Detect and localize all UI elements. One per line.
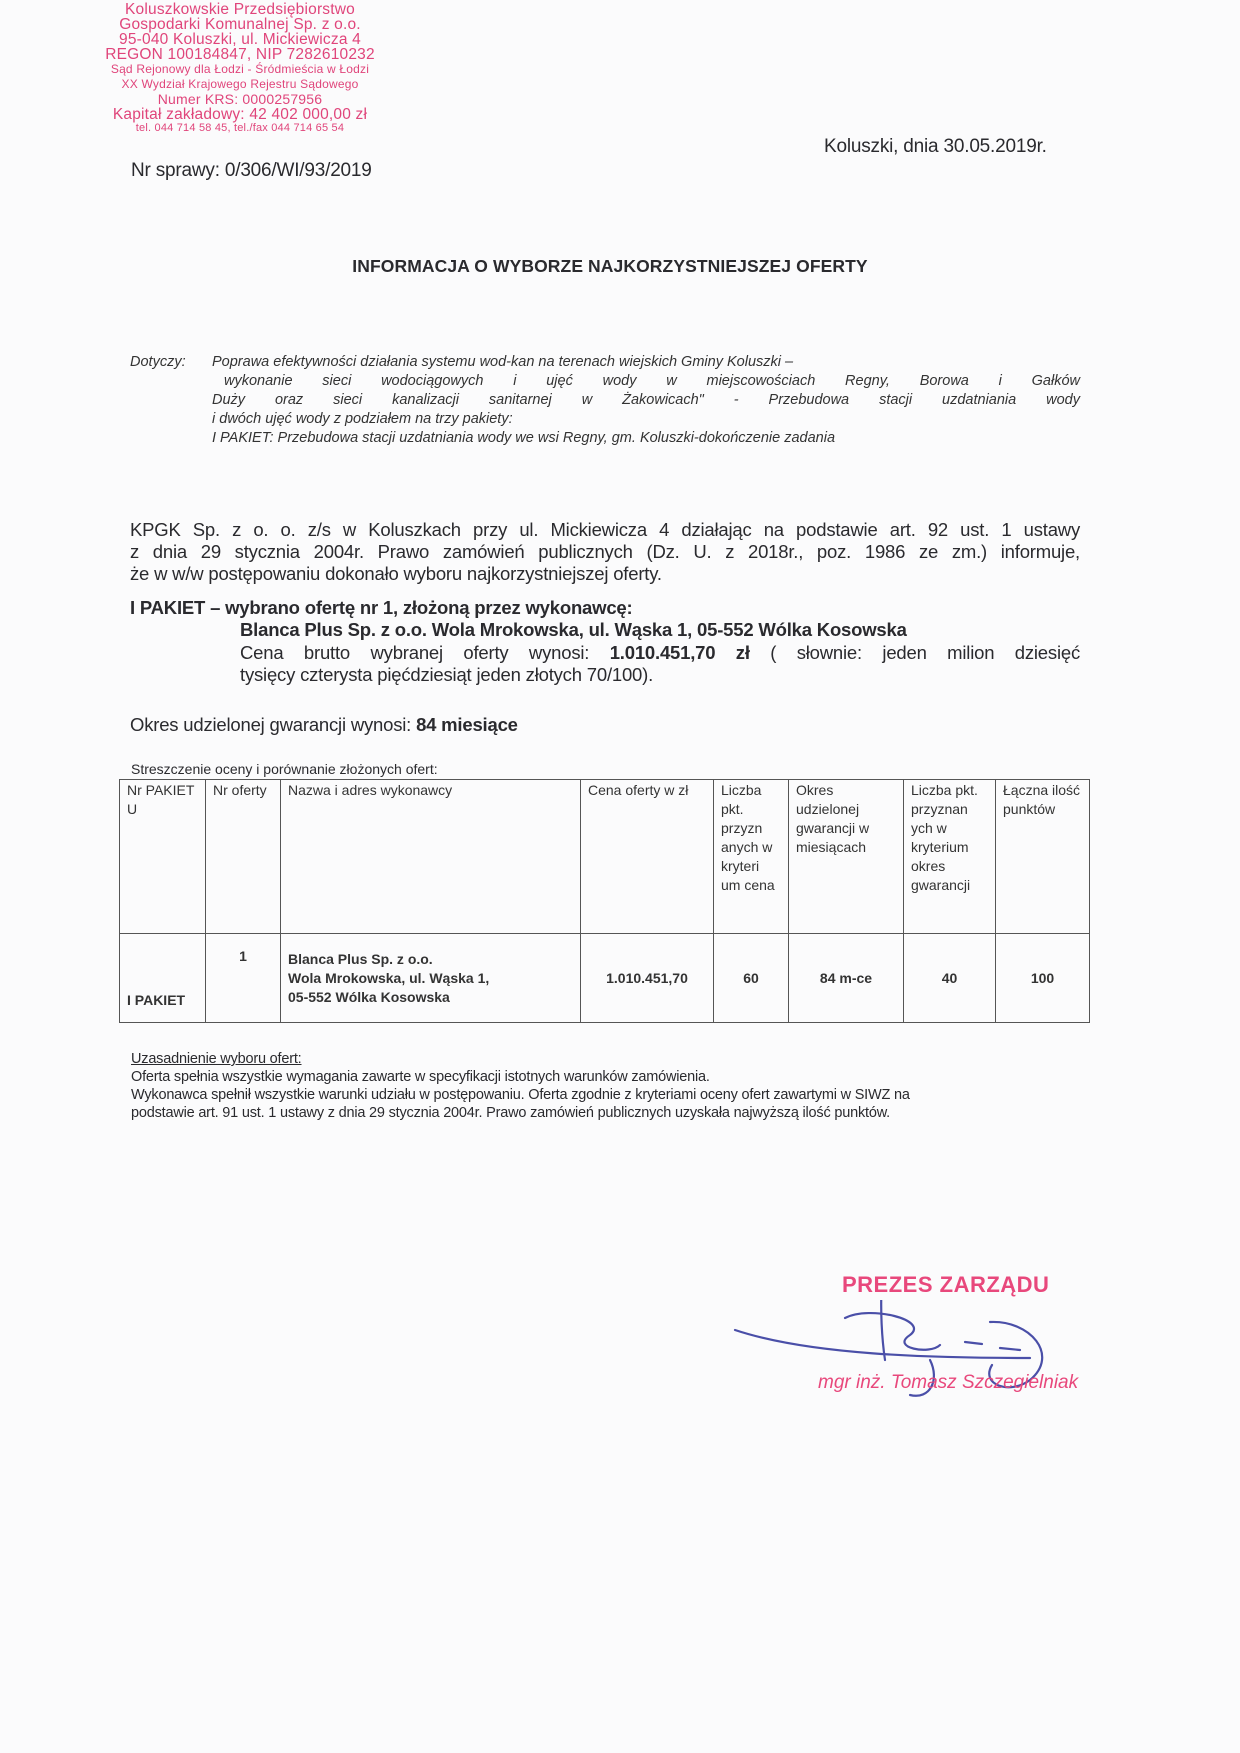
header-price-points: Liczba pkt. przyzn anych w kryteri um ce… <box>714 780 789 934</box>
warranty-statement: Okres udzielonej gwarancji wynosi: 84 mi… <box>130 714 518 736</box>
letterhead-line: Koluszkowskie Przedsiębiorstwo <box>62 2 418 17</box>
table-header-row: Nr PAKIET U Nr oferty Nazwa i adres wyko… <box>120 780 1090 934</box>
justification-heading: Uzasadnienie wyboru ofert: <box>131 1050 1081 1068</box>
cell-warranty-points: 40 <box>904 934 996 1023</box>
concerns-line: I PAKIET: Przebudowa stacji uzdatniania … <box>212 429 1080 448</box>
warranty-value: 84 miesiące <box>416 714 518 735</box>
cell-warranty: 84 m-ce <box>789 934 904 1023</box>
cell-contractor: Blanca Plus Sp. z o.o. Wola Mrokowska, u… <box>281 934 581 1023</box>
letterhead-line: Sąd Rejonowy dla Łodzi - Śródmieścia w Ł… <box>62 62 418 77</box>
letterhead-line: REGON 100184847, NIP 7282610232 <box>62 47 418 62</box>
concerns-line: i dwóch ujęć wody z podziałem na trzy pa… <box>212 410 1080 429</box>
cell-price: 1.010.451,70 <box>581 934 714 1023</box>
intro-line: z dnia 29 stycznia 2004r. Prawo zamówień… <box>130 541 1080 563</box>
cell-price-points: 60 <box>714 934 789 1023</box>
company-letterhead-stamp: Koluszkowskie Przedsiębiorstwo Gospodark… <box>62 2 418 135</box>
contractor-line: 05-552 Wólka Kosowska <box>288 988 573 1007</box>
contractor-line: Blanca Plus Sp. z o.o. <box>288 950 573 969</box>
concerns-line: Duży oraz sieci kanalizacji sanitarnej w… <box>212 391 1080 410</box>
case-number: Nr sprawy: 0/306/WI/93/2019 <box>131 160 372 182</box>
award-heading: I PAKIET – wybrano ofertę nr 1, złożoną … <box>130 597 632 619</box>
justification-line: Wykonawca spełnił wszystkie warunki udzi… <box>131 1086 1081 1104</box>
letterhead-line: tel. 044 714 58 45, tel./fax 044 714 65 … <box>62 122 418 135</box>
justification-line: podstawie art. 91 ust. 1 ustawy z dnia 2… <box>131 1104 1081 1122</box>
header-warranty-points: Liczba pkt. przyznan ych w kryterium okr… <box>904 780 996 934</box>
signatory-name: mgr inż. Tomasz Szczegielniak <box>818 1372 1078 1394</box>
offers-comparison-table: Nr PAKIET U Nr oferty Nazwa i adres wyko… <box>119 779 1090 1023</box>
header-warranty: Okres udzielonej gwarancji w miesiącach <box>789 780 904 934</box>
table-row: I PAKIET 1 Blanca Plus Sp. z o.o. Wola M… <box>120 934 1090 1023</box>
signature-stamp-title: PREZES ZARZĄDU <box>842 1272 1049 1298</box>
header-package: Nr PAKIET U <box>120 780 206 934</box>
header-offer-no: Nr oferty <box>206 780 281 934</box>
justification-line: Oferta spełnia wszystkie wymagania zawar… <box>131 1068 1081 1086</box>
place-and-date: Koluszki, dnia 30.05.2019r. <box>824 136 1047 158</box>
letterhead-line: Numer KRS: 0000257956 <box>62 92 418 107</box>
header-total-points: Łączna ilość punktów <box>996 780 1090 934</box>
justification-section: Uzasadnienie wyboru ofert: Oferta spełni… <box>131 1050 1081 1122</box>
price-words: ( słownie: jeden milion dziesięć <box>770 642 1080 663</box>
letterhead-line: Gospodarki Komunalnej Sp. z o.o. <box>62 17 418 32</box>
concerns-label: Dotyczy: <box>130 353 186 372</box>
intro-line: KPGK Sp. z o. o. z/s w Koluszkach przy u… <box>130 519 1080 541</box>
cell-package: I PAKIET <box>120 934 206 1023</box>
header-price: Cena oferty w zł <box>581 780 714 934</box>
letterhead-line: Kapitał zakładowy: 42 402 000,00 zł <box>62 107 418 122</box>
cell-total-points: 100 <box>996 934 1090 1023</box>
letterhead-line: XX Wydział Krajowego Rejestru Sądowego <box>62 77 418 92</box>
warranty-prefix: Okres udzielonej gwarancji wynosi: <box>130 714 411 735</box>
price-prefix: Cena brutto wybranej oferty wynosi: <box>240 642 589 663</box>
header-contractor: Nazwa i adres wykonawcy <box>281 780 581 934</box>
letterhead-line: 95-040 Koluszki, ul. Mickiewicza 4 <box>62 32 418 47</box>
intro-line: że w w/w postępowaniu dokonało wyboru na… <box>130 563 1080 585</box>
concerns-section: Dotyczy: Poprawa efektywności działania … <box>130 353 1080 448</box>
table-caption: Streszczenie oceny i porównanie złożonyc… <box>131 761 438 777</box>
price-words-cont: tysięcy czterysta pięćdziesiąt jeden zło… <box>240 664 1080 686</box>
price-value: 1.010.451,70 zł <box>610 642 750 663</box>
document-title: INFORMACJA O WYBORZE NAJKORZYSTNIEJSZEJ … <box>0 256 1220 277</box>
intro-paragraph: KPGK Sp. z o. o. z/s w Koluszkach przy u… <box>130 519 1080 585</box>
award-company: Blanca Plus Sp. z o.o. Wola Mrokowska, u… <box>240 619 907 641</box>
concerns-line: Poprawa efektywności działania systemu w… <box>212 353 1080 372</box>
cell-offer-no: 1 <box>206 934 281 1023</box>
award-price: Cena brutto wybranej oferty wynosi: 1.01… <box>240 642 1080 686</box>
concerns-line: wykonanie sieci wodociągowych i ujęć wod… <box>212 372 1080 391</box>
contractor-line: Wola Mrokowska, ul. Wąska 1, <box>288 969 573 988</box>
